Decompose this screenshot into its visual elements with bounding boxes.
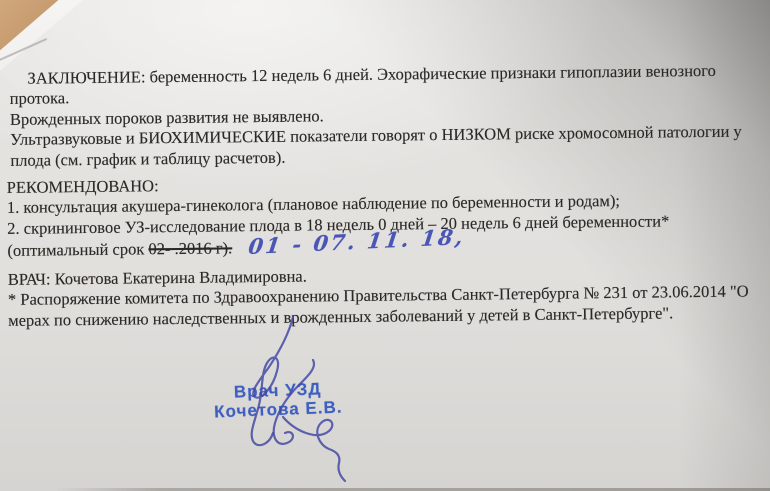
struck-printed-date: 02- .2016 г). <box>148 238 232 258</box>
footer-paragraph: ВРАЧ: Кочетова Екатерина Владимировна. *… <box>8 262 749 331</box>
document-text: ЗАКЛЮЧЕНИЕ: беременность 12 недель 6 дне… <box>0 0 770 491</box>
document-photo: ЗАКЛЮЧЕНИЕ: беременность 12 недель 6 дне… <box>0 0 770 491</box>
recommendations-paragraph: РЕКОМЕНДОВАНО: 1. консультация акушера-г… <box>7 170 670 261</box>
conclusion-paragraph: ЗАКЛЮЧЕНИЕ: беременность 12 недель 6 дне… <box>9 61 742 171</box>
signature-ink <box>225 305 375 485</box>
optimal-date-prefix: (оптимальный срок <box>7 239 148 260</box>
